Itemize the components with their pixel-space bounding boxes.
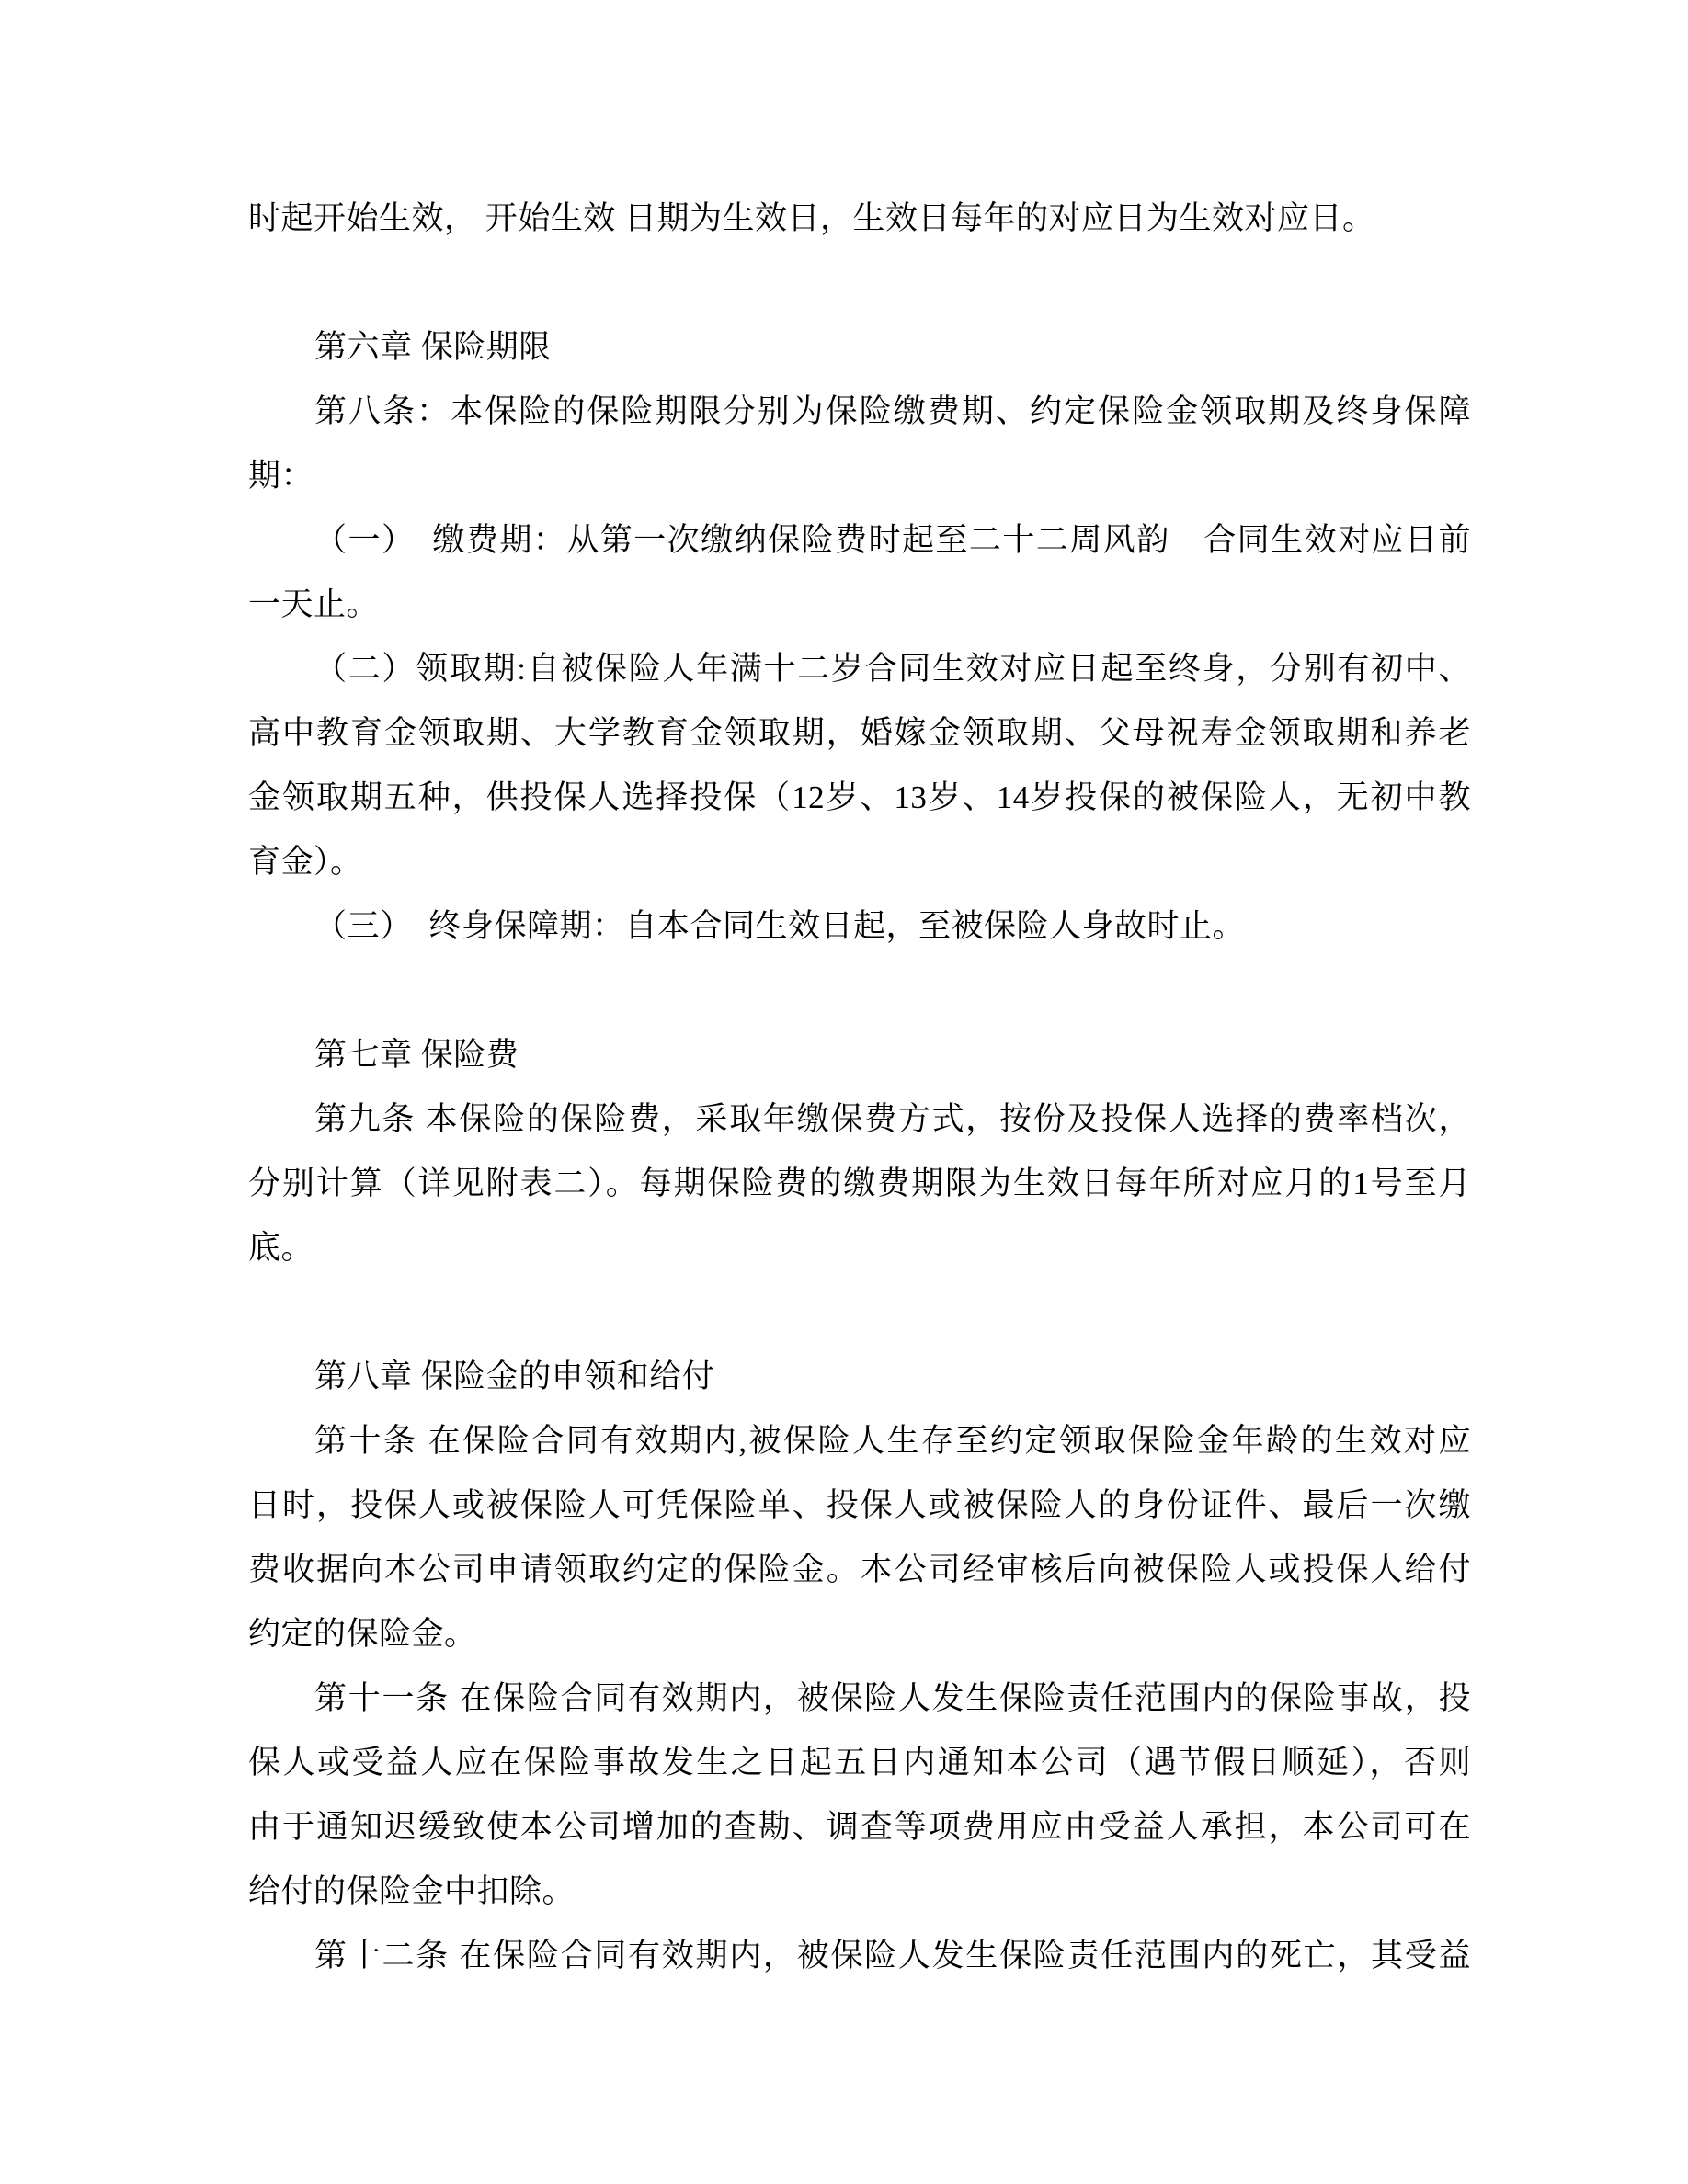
text-line: 金领取期五种，供投保人选择投保（12岁、13岁、14岁投保的被保险人，无初中教 (248, 766, 1471, 830)
text-line: 费收据向本公司申请领取约定的保险金。本公司经审核后向被保险人或投保人给付 (248, 1538, 1471, 1602)
text-line: （三） 终身保障期：自本合同生效日起，至被保险人身故时止。 (248, 894, 1471, 959)
text-line: 分别计算（详见附表二）。每期保险费的缴费期限为生效日每年所对应月的1号至月 (248, 1152, 1471, 1216)
chapter-heading: 第七章 保险费 (248, 1023, 1471, 1087)
document-body: 时起开始生效， 开始生效 日期为生效日，生效日每年的对应日为生效对应日。 第六章… (248, 187, 1471, 1988)
text-line: （二）领取期:自被保险人年满十二岁合同生效对应日起至终身，分别有初中、 (248, 637, 1471, 701)
text-line: 给付的保险金中扣除。 (248, 1860, 1471, 1924)
text-line: 高中教育金领取期、大学教育金领取期，婚嫁金领取期、父母祝寿金领取期和养老 (248, 701, 1471, 766)
text-line: 约定的保险金。 (248, 1602, 1471, 1666)
text-line: 底。 (248, 1216, 1471, 1280)
text-line: 一天止。 (248, 573, 1471, 637)
text-line: 由于通知迟缓致使本公司增加的查勘、调查等项费用应由受益人承担，本公司可在 (248, 1795, 1471, 1860)
text-line: 保人或受益人应在保险事故发生之日起五日内通知本公司（遇节假日顺延），否则 (248, 1731, 1471, 1795)
text-line: 育金）。 (248, 830, 1471, 894)
text-line: 日时，投保人或被保险人可凭保险单、投保人或被保险人的身份证件、最后一次缴 (248, 1473, 1471, 1538)
text-line: 期： (248, 444, 1471, 508)
blank-line (248, 959, 1471, 1023)
blank-line (248, 251, 1471, 315)
text-line: 第十条 在保险合同有效期内,被保险人生存至约定领取保险金年龄的生效对应 (248, 1409, 1471, 1473)
document-page: 时起开始生效， 开始生效 日期为生效日，生效日每年的对应日为生效对应日。 第六章… (0, 0, 1688, 2184)
text-line: （一） 缴费期：从第一次缴纳保险费时起至二十二周风韵 合同生效对应日前 (248, 508, 1471, 573)
blank-line (248, 1280, 1471, 1345)
text-line: 时起开始生效， 开始生效 日期为生效日，生效日每年的对应日为生效对应日。 (248, 187, 1471, 251)
text-line: 第十二条 在保险合同有效期内，被保险人发生保险责任范围内的死亡，其受益 (248, 1924, 1471, 1988)
text-line: 第九条 本保险的保险费，采取年缴保费方式，按份及投保人选择的费率档次， (248, 1087, 1471, 1152)
chapter-heading: 第八章 保险金的申领和给付 (248, 1345, 1471, 1409)
chapter-heading: 第六章 保险期限 (248, 315, 1471, 380)
text-line: 第八条：本保险的保险期限分别为保险缴费期、约定保险金领取期及终身保障 (248, 380, 1471, 444)
text-line: 第十一条 在保险合同有效期内，被保险人发生保险责任范围内的保险事故，投 (248, 1666, 1471, 1731)
